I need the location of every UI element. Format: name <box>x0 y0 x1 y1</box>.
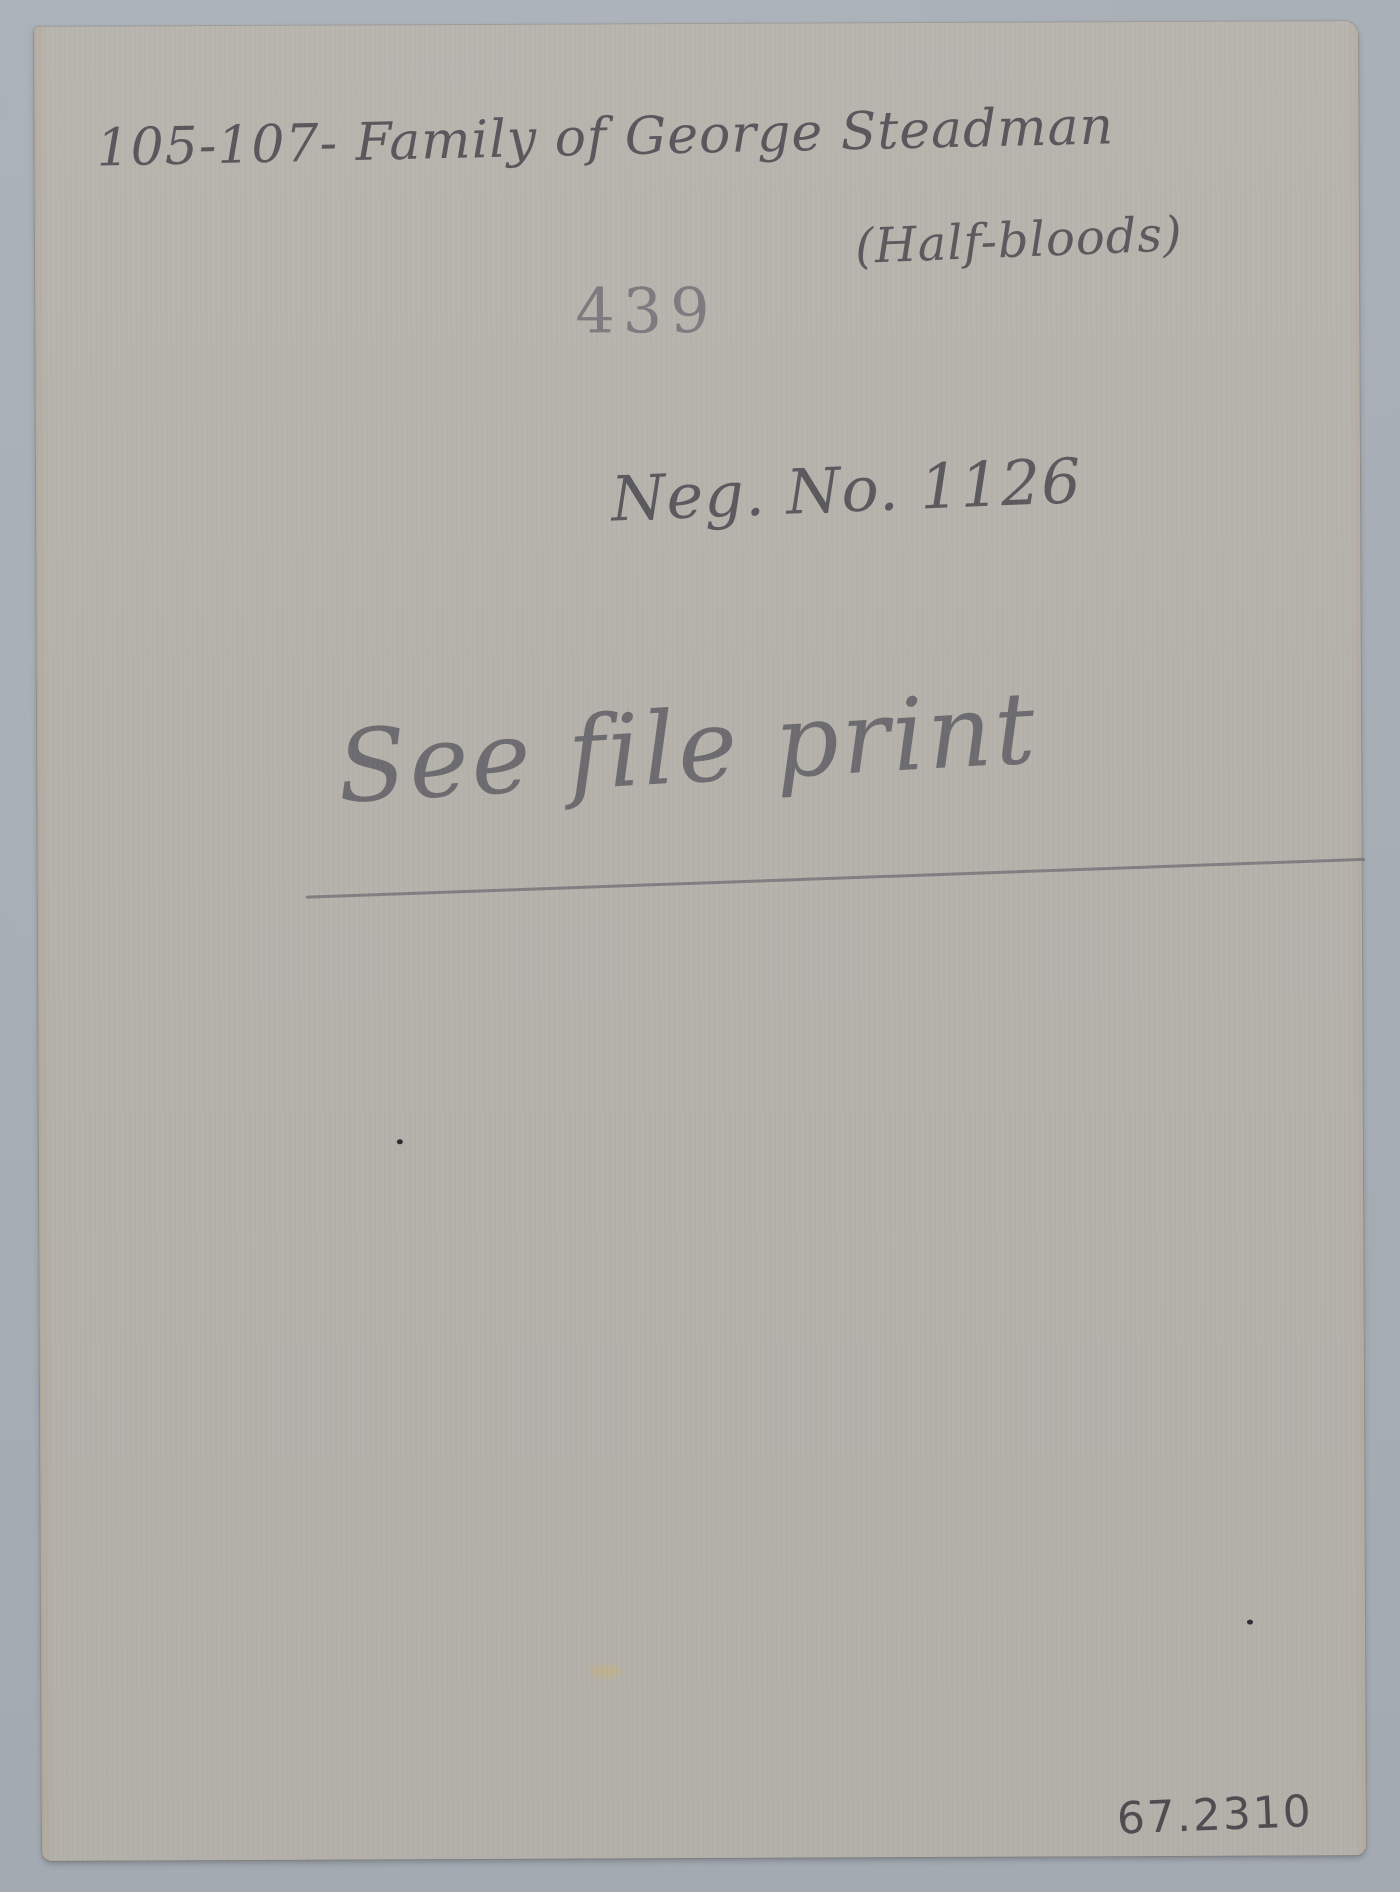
accession-number: 67.2310 <box>1116 1786 1314 1845</box>
catalog-number: 439 <box>575 274 718 348</box>
pencil-mark <box>397 1139 403 1144</box>
title-annotation: 105-107- Family of George Steadman <box>96 96 1115 178</box>
archival-card: 105-107- Family of George Steadman (Half… <box>34 21 1366 1861</box>
subtitle-annotation: (Half-bloods) <box>854 206 1184 275</box>
file-print-note: See file print <box>334 669 1040 826</box>
negative-number: Neg. No. 1126 <box>610 444 1083 535</box>
pencil-mark <box>1247 1620 1253 1625</box>
paper-stain <box>589 1664 621 1678</box>
note-underline <box>306 858 1365 899</box>
